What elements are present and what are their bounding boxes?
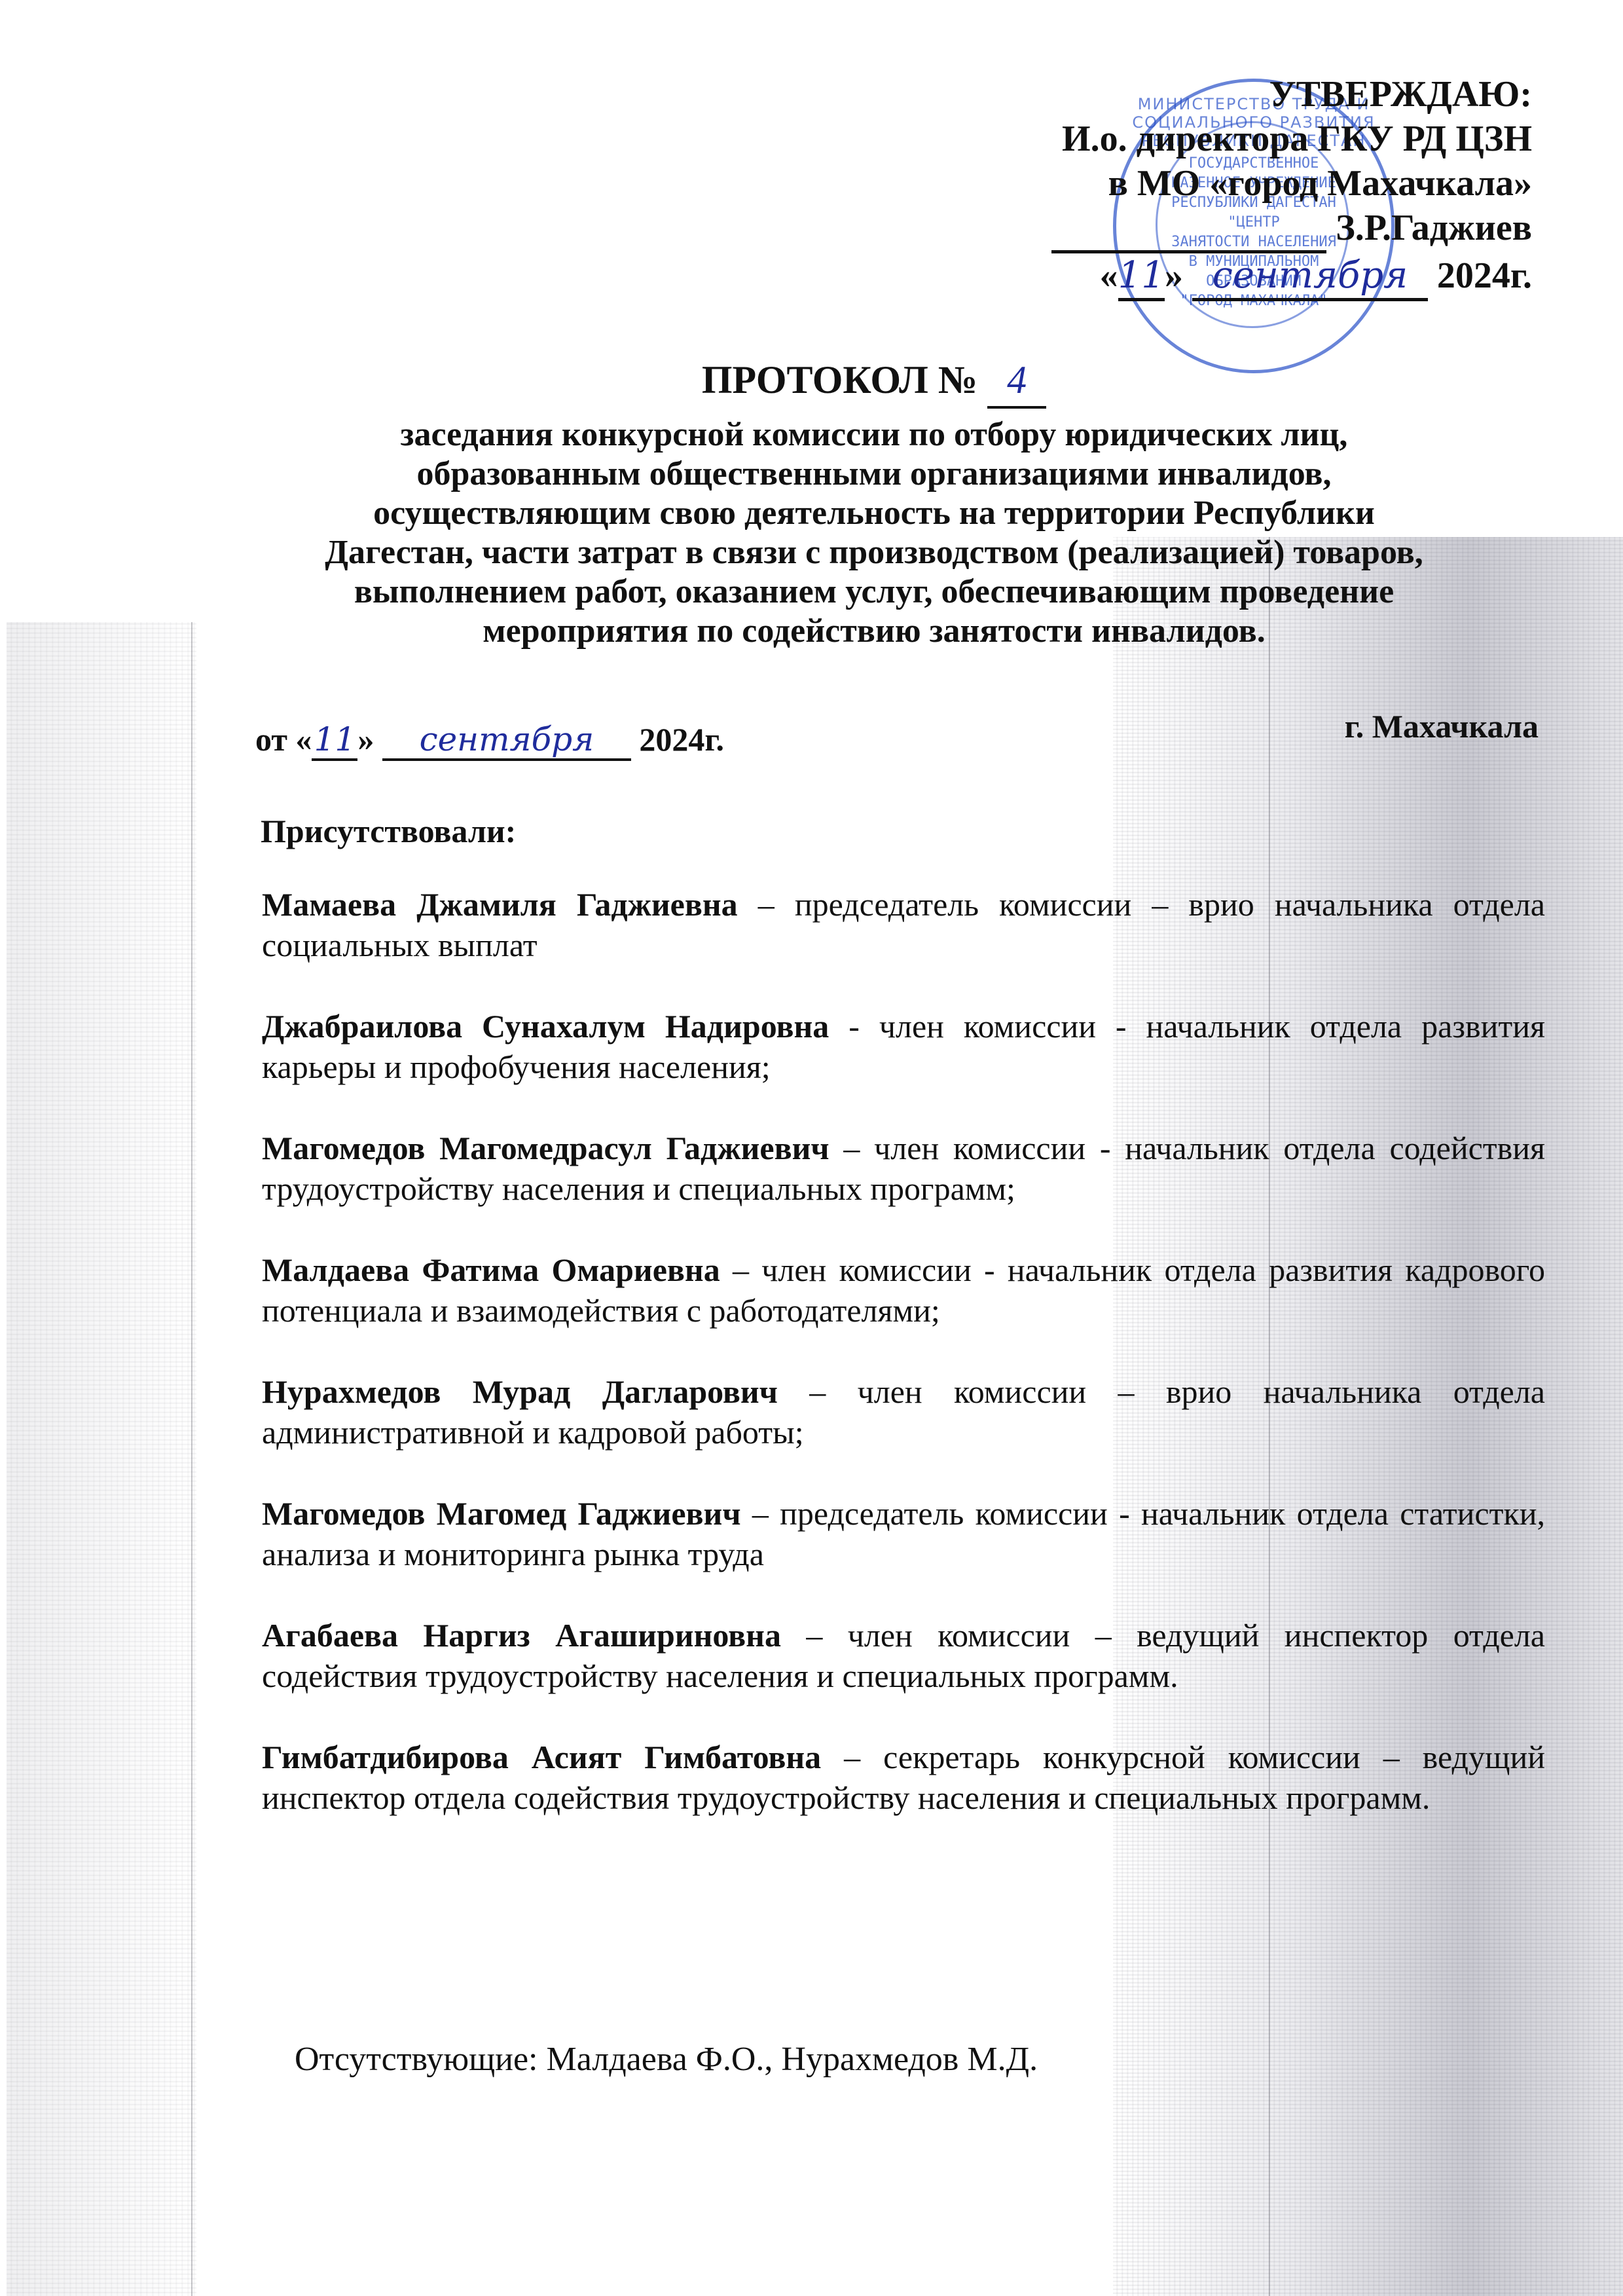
member-entry: Магомедов Магомедрасул Гаджиевич – член … <box>262 1128 1545 1209</box>
approval-signature-line: З.Р.Гаджиев <box>982 206 1532 253</box>
meeting-date-day: 11 <box>312 720 357 761</box>
protocol-number: 4 <box>987 354 1046 409</box>
scan-artifact-line <box>191 622 192 2296</box>
protocol-heading: ПРОТОКОЛ № 4 <box>249 354 1499 409</box>
document-title: ПРОТОКОЛ № 4 заседания конкурсной комисс… <box>249 354 1499 651</box>
signature-field <box>1051 206 1326 253</box>
member-entry: Малдаева Фатима Омариевна – член комисси… <box>262 1250 1545 1331</box>
meeting-date-line: от «11» сентября 2024г. г. Махачкала <box>255 707 1539 760</box>
approval-heading: УТВЕРЖДАЮ: <box>982 72 1532 117</box>
approval-block: УТВЕРЖДАЮ: И.о. директора ГКУ РД ЦЗН в М… <box>982 72 1532 301</box>
meeting-city: г. Махачкала <box>1345 707 1539 745</box>
absent-members: Отсутствующие: Малдаева Ф.О., Нурахмедов… <box>295 2040 1038 2079</box>
meeting-date-month: сентября <box>382 720 631 761</box>
approval-signer: З.Р.Гаджиев <box>1336 208 1532 248</box>
approval-date: «11» сентября 2024г. <box>982 253 1532 301</box>
approval-position-line1: И.о. директора ГКУ РД ЦЗН <box>982 117 1532 161</box>
meeting-date: от «11» сентября 2024г. <box>255 720 724 761</box>
member-entry: Мамаева Джамиля Гаджиевна – председатель… <box>262 884 1545 965</box>
present-heading: Присутствовали: <box>261 812 516 850</box>
scan-noise-left <box>7 622 196 2296</box>
approval-date-month: сентября <box>1192 253 1428 301</box>
member-entry: Джабраилова Сунахалум Надировна - член к… <box>262 1006 1545 1087</box>
approval-position-line2: в МО «город Махачкала» <box>982 161 1532 206</box>
member-entry: Магомедов Магомед Гаджиевич – председате… <box>262 1493 1545 1574</box>
members-list: Мамаева Джамиля Гаджиевна – председатель… <box>262 884 1545 1859</box>
protocol-subtitle: заседания конкурсной комиссии по отбору … <box>249 415 1499 651</box>
member-entry: Агабаева Наргиз Агашириновна – член коми… <box>262 1615 1545 1696</box>
member-entry: Нурахмедов Мурад Дагларович – член комис… <box>262 1371 1545 1453</box>
approval-date-day: 11 <box>1118 253 1165 301</box>
member-entry: Гимбатдибирова Асият Гимбатовна – секрет… <box>262 1737 1545 1818</box>
approval-date-year: 2024г. <box>1437 255 1532 296</box>
